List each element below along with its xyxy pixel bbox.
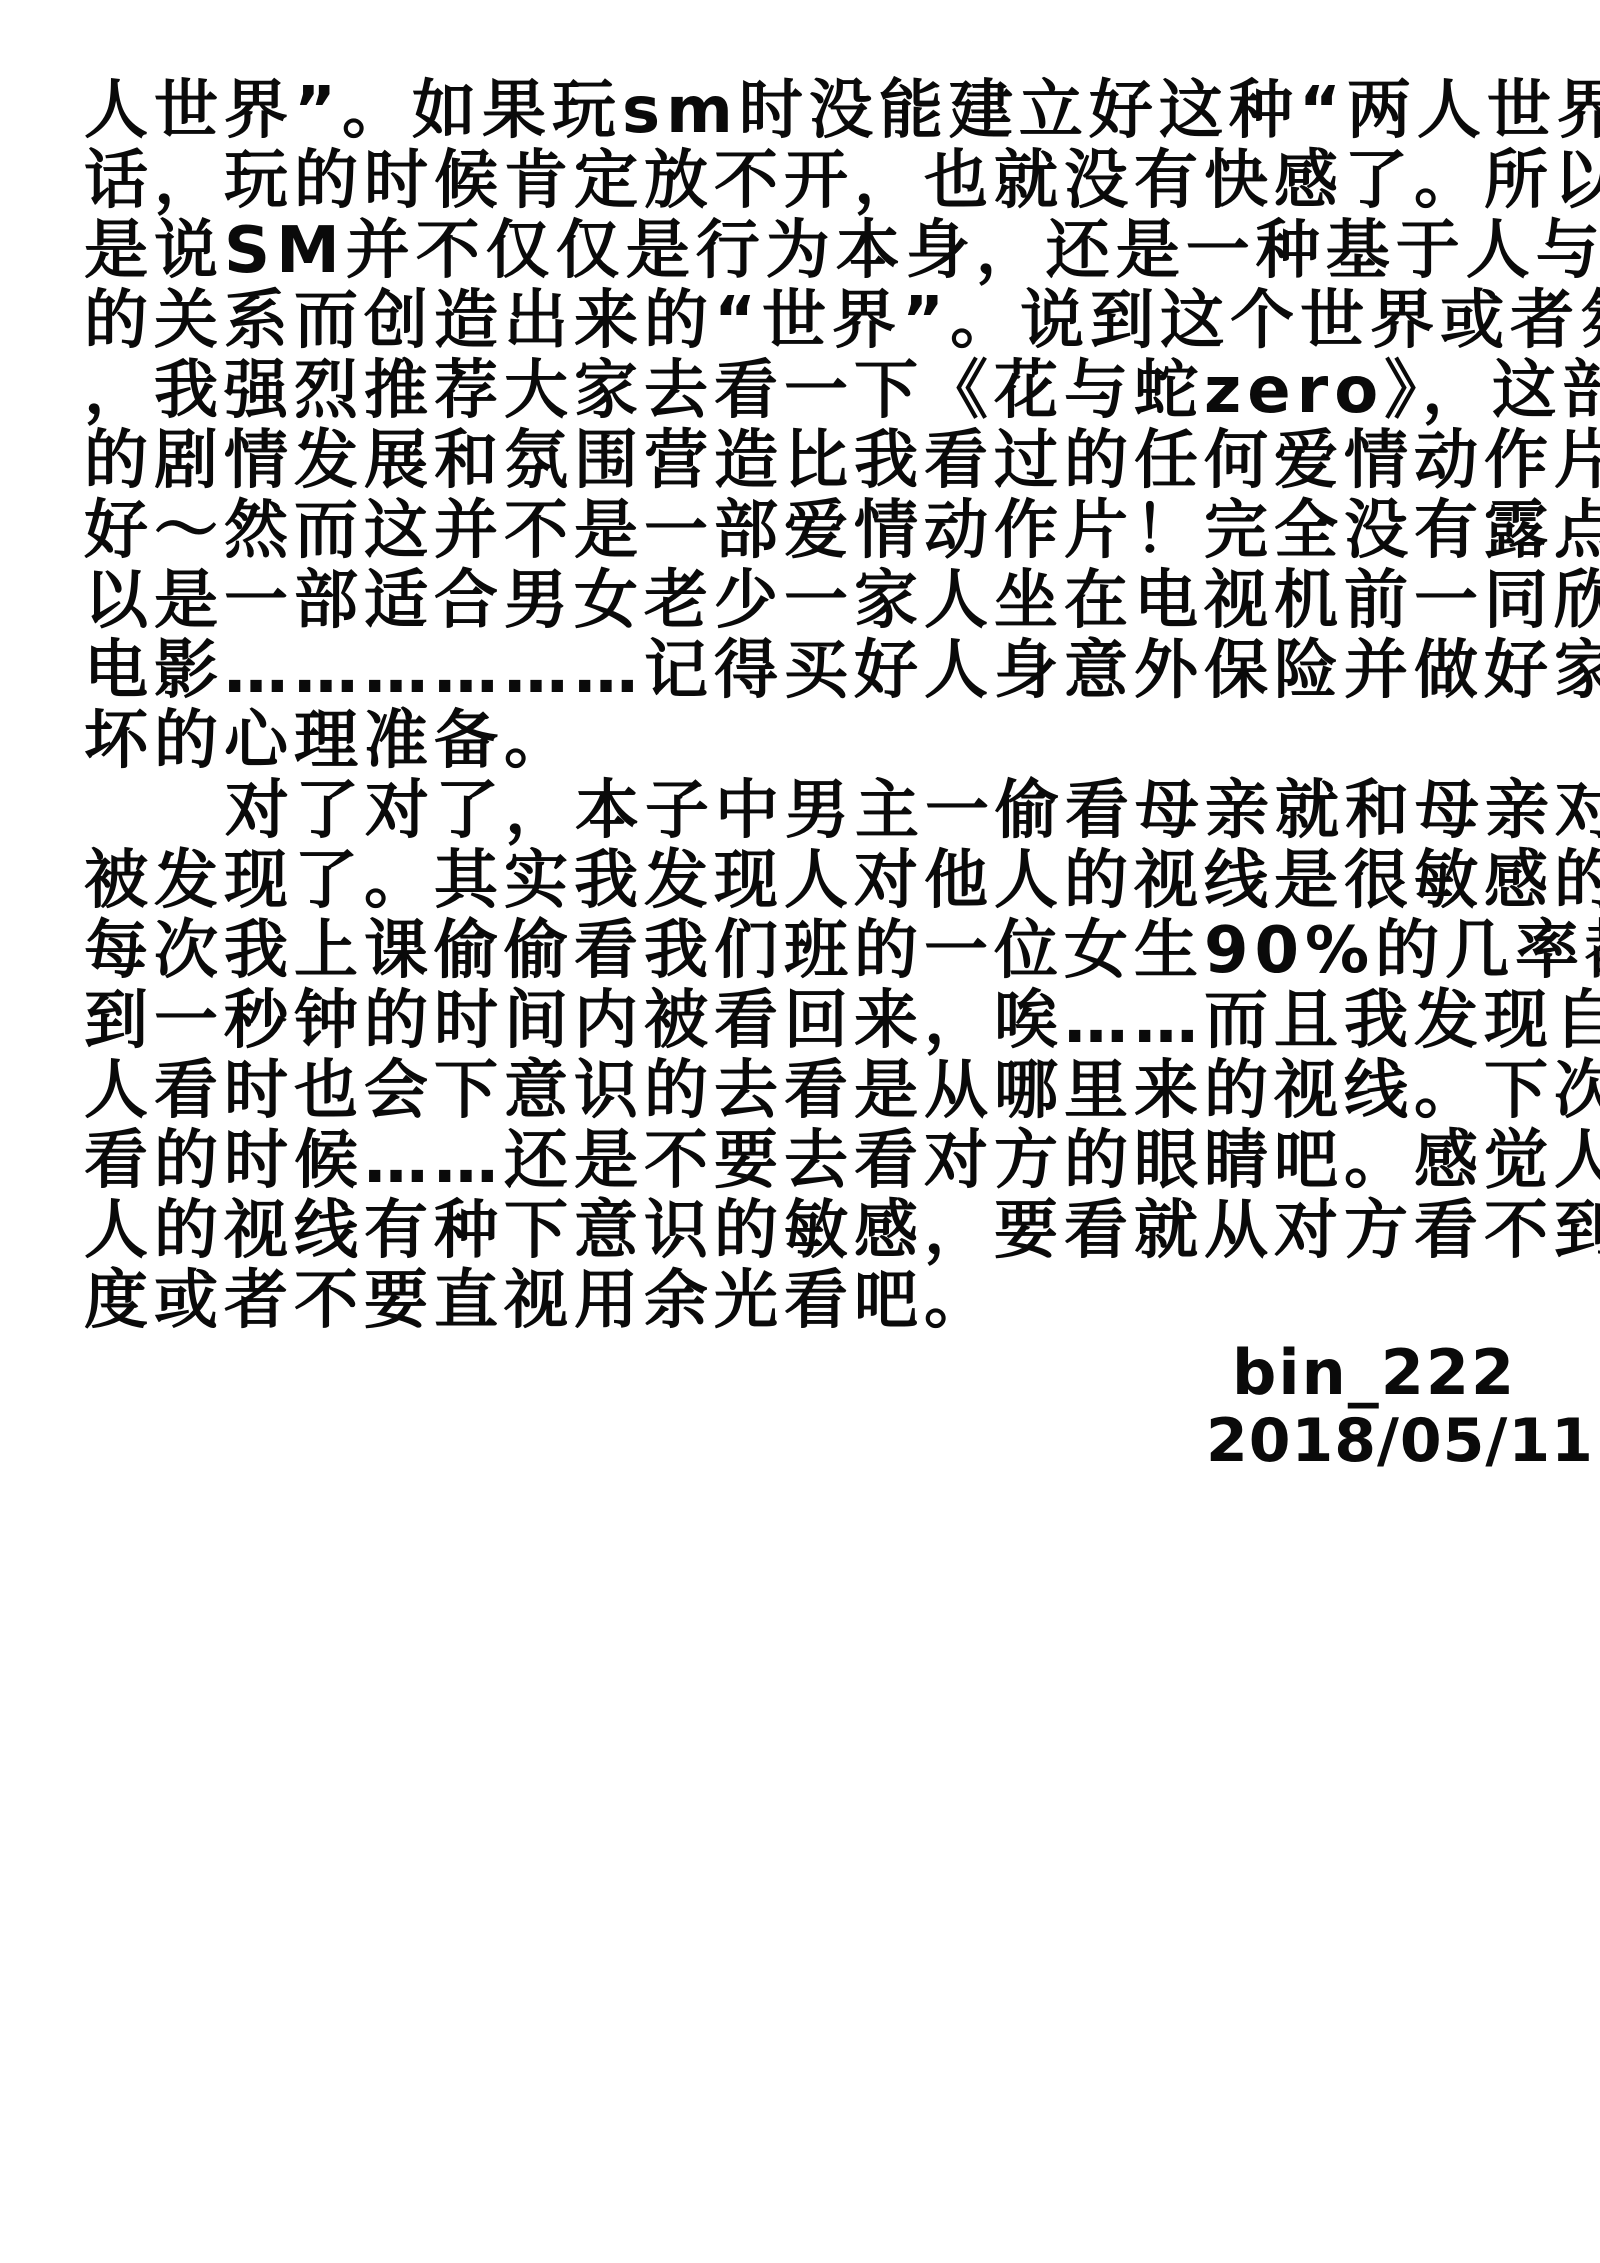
text-line: 电影………………记得买好人身意外保险并做好家庭崩 — [84, 636, 1564, 706]
text-line: ，我强烈推荐大家去看一下《花与蛇zero》，这部片子 — [84, 356, 1564, 426]
text-line: 坏的心理准备。 — [84, 706, 1564, 776]
document-page: 人世界”。如果玩sm时没能建立好这种“两人世界”的 话，玩的时候肯定放不开，也就… — [0, 0, 1600, 2263]
text-line: 每次我上课偷偷看我们班的一位女生90%的几率都会在不 — [84, 916, 1564, 986]
body-text: 人世界”。如果玩sm时没能建立好这种“两人世界”的 话，玩的时候肯定放不开，也就… — [84, 76, 1564, 1336]
text-line: 以是一部适合男女老少一家人坐在电视机前一同欣赏的 — [84, 566, 1564, 636]
text-line: 的关系而创造出来的“世界”。说到这个世界或者氛围 — [84, 286, 1564, 356]
paragraph-start-line: 对了对了，本子中男主一偷看母亲就和母亲对上眼 — [84, 776, 1564, 846]
text-line: 被发现了。其实我发现人对他人的视线是很敏感的呢。 — [84, 846, 1564, 916]
text-line: 话，玩的时候肯定放不开，也就没有快感了。所以也就 — [84, 146, 1564, 216]
text-line: 好～然而这并不是一部爱情动作片！完全没有露点！所 — [84, 496, 1564, 566]
text-line: 人世界”。如果玩sm时没能建立好这种“两人世界”的 — [84, 76, 1564, 146]
signature-date: 2018/05/11 — [1206, 1406, 1594, 1476]
text-line: 的剧情发展和氛围营造比我看过的任何爱情动作片都要 — [84, 426, 1564, 496]
text-line: 到一秒钟的时间内被看回来，唉……而且我发现自己被 — [84, 986, 1564, 1056]
text-line: 人的视线有种下意识的敏感，要看就从对方看不到的角 — [84, 1196, 1564, 1266]
text-line: 是说SM并不仅仅是行为本身，还是一种基于人与人之间 — [84, 216, 1564, 286]
text-line: 人看时也会下意识的去看是从哪里来的视线。下次偷偷 — [84, 1056, 1564, 1126]
text-line: 度或者不要直视用余光看吧。 — [84, 1266, 1564, 1336]
author-signature: bin_222 — [1232, 1338, 1516, 1408]
text-line: 看的时候……还是不要去看对方的眼睛吧。感觉人对他 — [84, 1126, 1564, 1196]
